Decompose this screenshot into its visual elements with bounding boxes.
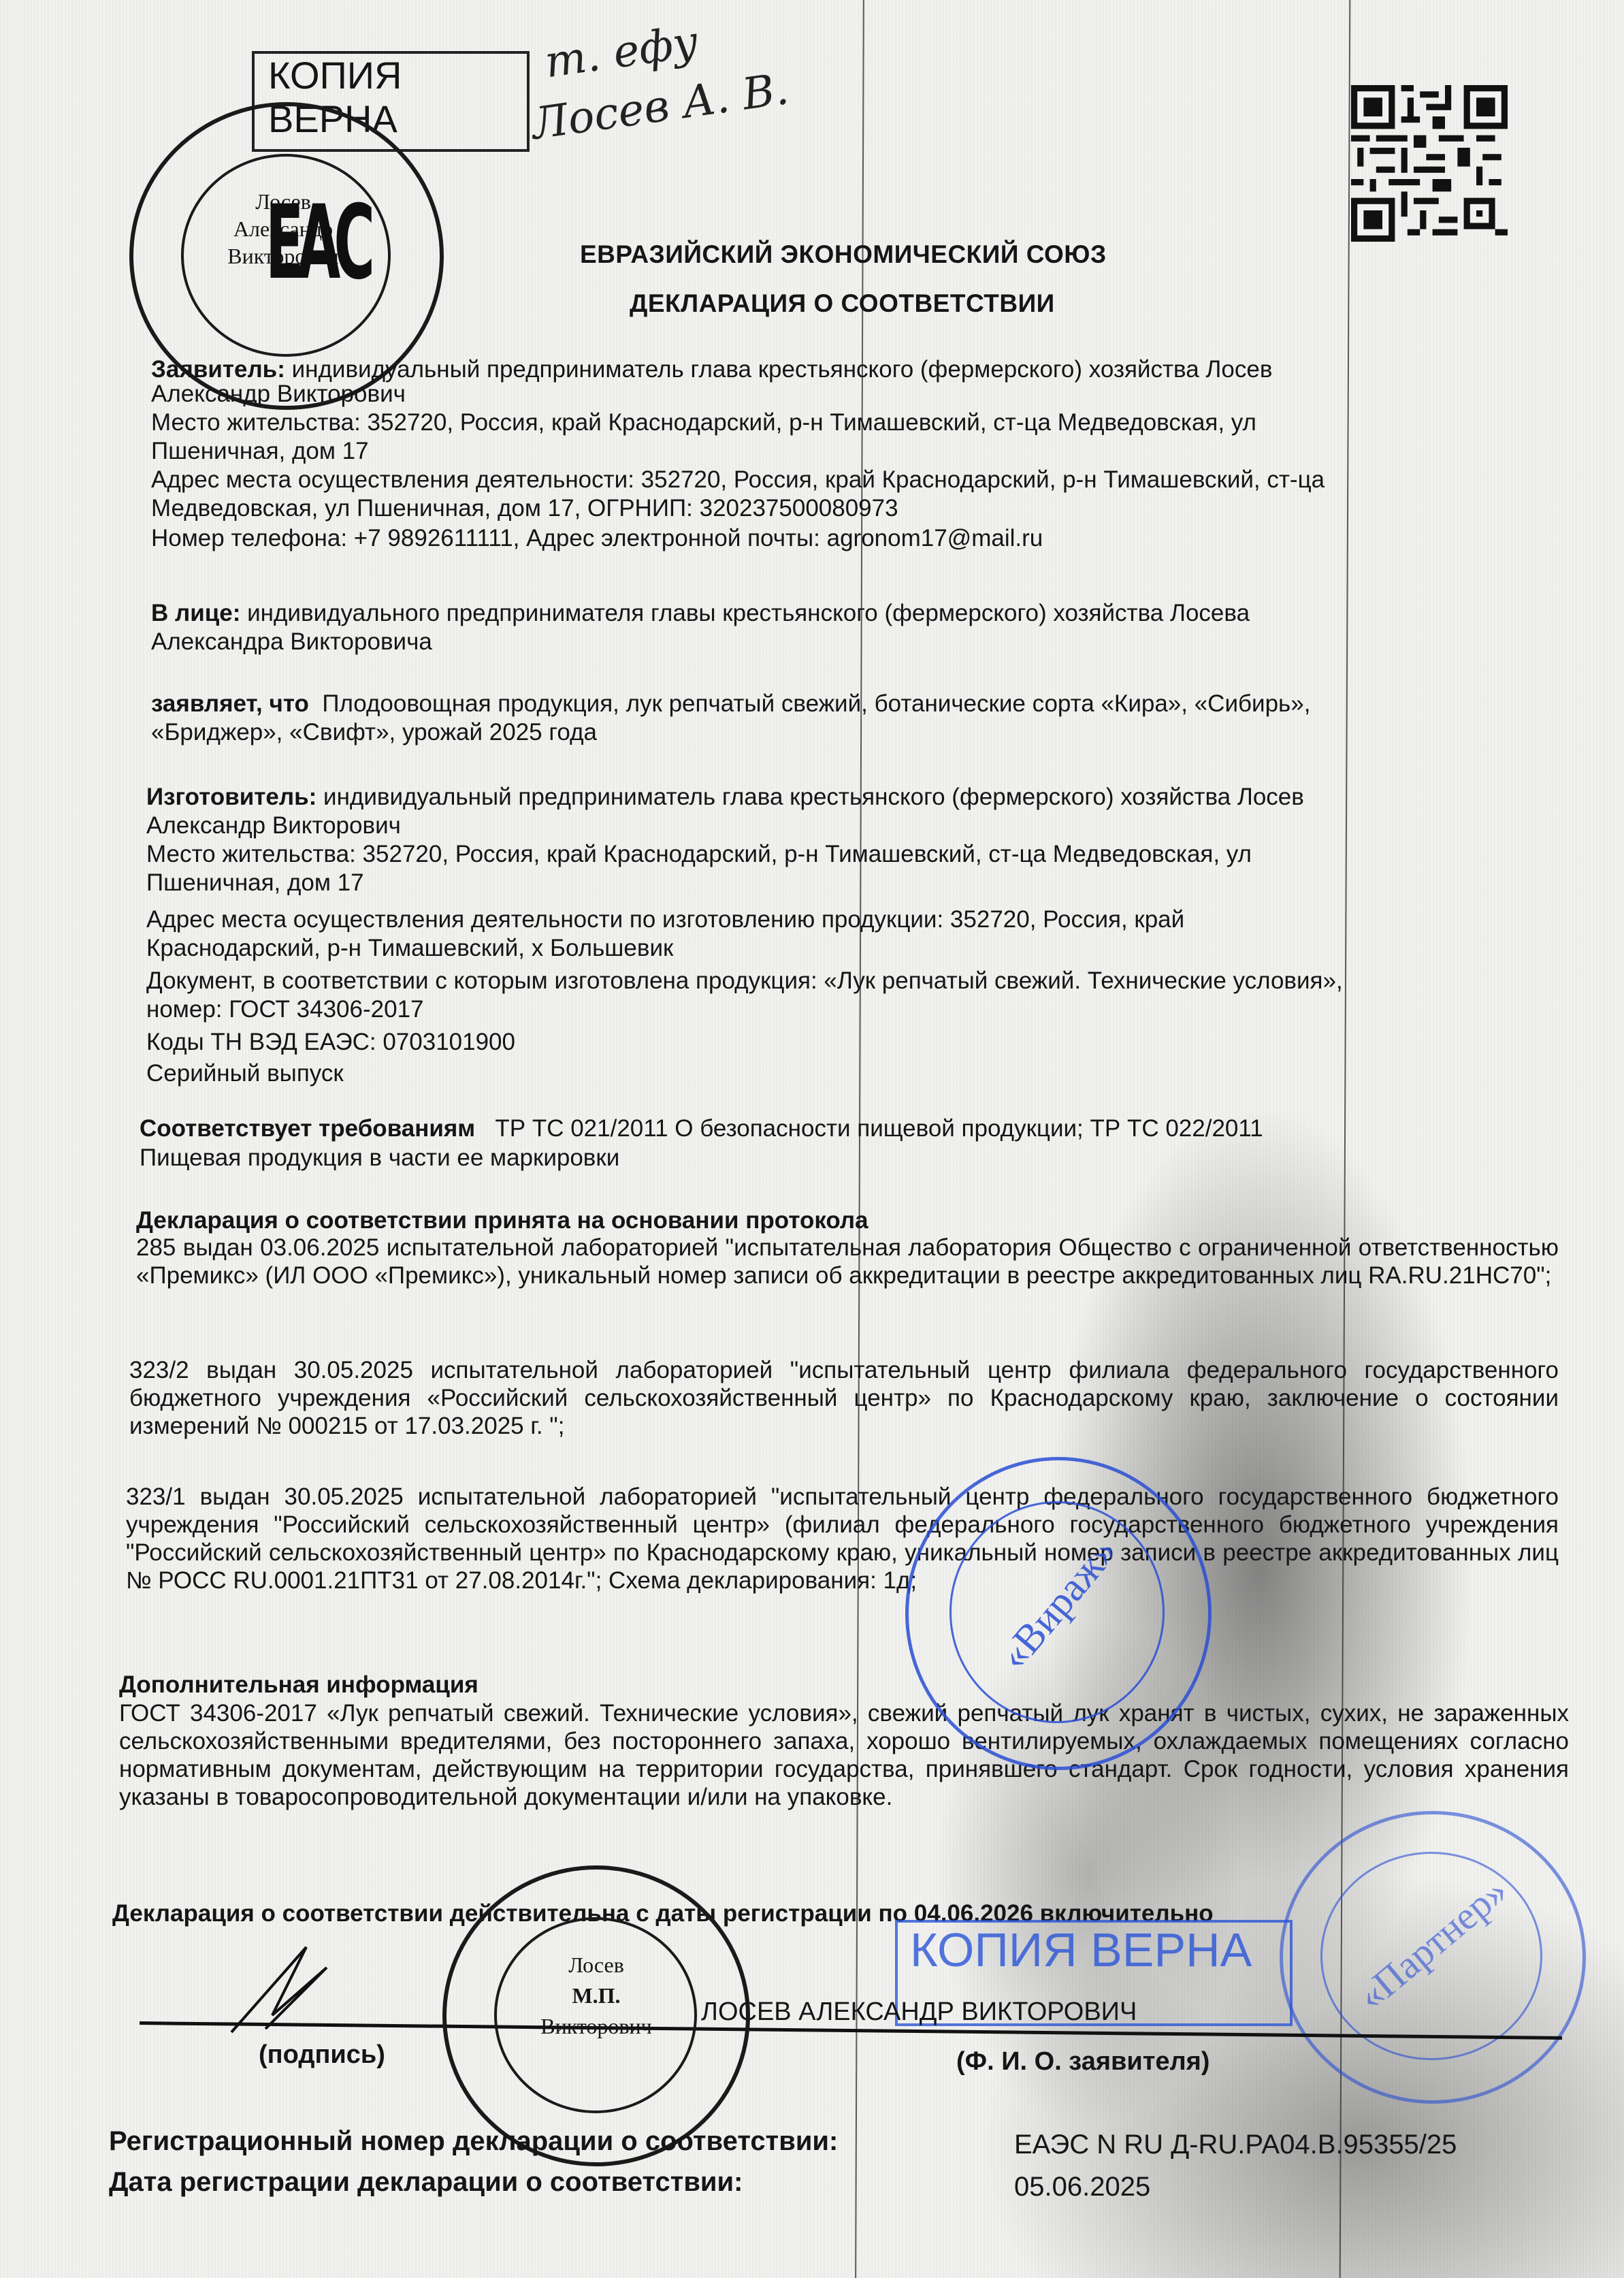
mp-label: М.П.: [515, 1982, 678, 2009]
manufacturer-label: Изготовитель:: [146, 784, 316, 810]
represented-by-label: В лице:: [151, 600, 240, 626]
registration-number-label: Регистрационный номер декларации о соотв…: [109, 2128, 838, 2155]
declares-product: «Бриджер», «Свифт», урожай 2025 года: [151, 718, 597, 746]
conformity-cont: Пищевая продукция в части ее маркировки: [140, 1144, 619, 1172]
manufacturer-gost: номер: ГОСТ 34306-2017: [146, 995, 424, 1023]
protocol-item: 323/1 выдан 30.05.2025 испытательной лаб…: [126, 1483, 1559, 1594]
represented-by-name: Александра Викторовича: [151, 628, 432, 656]
applicant-stamp-bottom: Лосев М.П. Викторович: [442, 1865, 750, 2166]
tn-ved-code: Коды ТН ВЭД ЕАЭС: 0703101900: [146, 1028, 515, 1056]
registration-date-label: Дата регистрации декларации о соответств…: [109, 2168, 743, 2196]
applicant-residence-cont: Пшеничная, дом 17: [151, 437, 369, 465]
manufacturer-production: Адрес места осуществления деятельности п…: [146, 905, 1184, 933]
applicant-residence: Место жительства: 352720, Россия, край К…: [151, 408, 1256, 436]
lab-stamp: «Вираж»: [905, 1457, 1212, 1770]
partner-stamp: «Партнер»: [1280, 1811, 1586, 2104]
name-caption: (Ф. И. О. заявителя): [956, 2048, 1209, 2076]
basis-heading: Декларация о соответствии принята на осн…: [136, 1206, 868, 1234]
protocol-item: 285 выдан 03.06.2025 испытательной лабор…: [136, 1234, 1559, 1289]
declares-line: заявляет, что Плодоовощная продукция, лу…: [151, 690, 1311, 718]
signature-caption: (подпись): [259, 2041, 385, 2069]
declares-label: заявляет, что: [151, 690, 309, 717]
manufacturer-name: Александр Викторович: [146, 812, 401, 839]
manufacturer-production-cont: Краснодарский, р-н Тимашевский, х Больше…: [146, 934, 673, 962]
conformity-line: Соответствует требованиям ТР ТС 021/2011…: [140, 1114, 1263, 1142]
release-type: Серийный выпуск: [146, 1059, 344, 1087]
additional-heading: Дополнительная информация: [119, 1671, 478, 1699]
registration-number-value: ЕАЭС N RU Д-RU.РА04.В.95355/25: [1014, 2131, 1457, 2159]
applicant-line: Заявитель: индивидуальный предпринимател…: [151, 355, 1272, 383]
manufacturer-residence-cont: Пшеничная, дом 17: [146, 869, 364, 897]
registration-date-value: 05.06.2025: [1014, 2173, 1150, 2201]
protocol-item: 323/2 выдан 30.05.2025 испытательной лаб…: [129, 1356, 1559, 1440]
document-title: ДЕКЛАРАЦИЯ О СООТВЕТСТВИИ: [630, 289, 1055, 318]
applicant-full-name: ЛОСЕВ АЛЕКСАНДР ВИКТОРОВИЧ: [701, 1998, 1137, 2026]
applicant-label: Заявитель:: [151, 356, 285, 383]
manufacturer-document: Документ, в соответствии с которым изгот…: [146, 967, 1343, 995]
signature-icon: [225, 1940, 347, 2036]
manufacturer-line: Изготовитель: индивидуальный предпринима…: [146, 783, 1304, 811]
applicant-activity: Адрес места осуществления деятельности: …: [151, 466, 1325, 494]
applicant-contacts: Номер телефона: +7 9892611111, Адрес эле…: [151, 524, 1043, 552]
additional-text: ГОСТ 34306-2017 «Лук репчатый свежий. Те…: [119, 1699, 1569, 1811]
qr-code-icon: [1344, 85, 1514, 242]
applicant-activity-cont: Медведовская, ул Пшеничная, дом 17, ОГРН…: [151, 494, 898, 522]
manufacturer-residence: Место жительства: 352720, Россия, край К…: [146, 840, 1252, 868]
represented-by-line: В лице: индивидуального предпринимателя …: [151, 599, 1250, 627]
applicant-name: Александр Викторович: [151, 380, 406, 408]
eac-mark-icon: EAC: [265, 184, 368, 302]
union-title: ЕВРАЗИЙСКИЙ ЭКОНОМИЧЕСКИЙ СОЮЗ: [580, 240, 1107, 269]
conformity-label: Соответствует требованиям: [140, 1115, 475, 1142]
